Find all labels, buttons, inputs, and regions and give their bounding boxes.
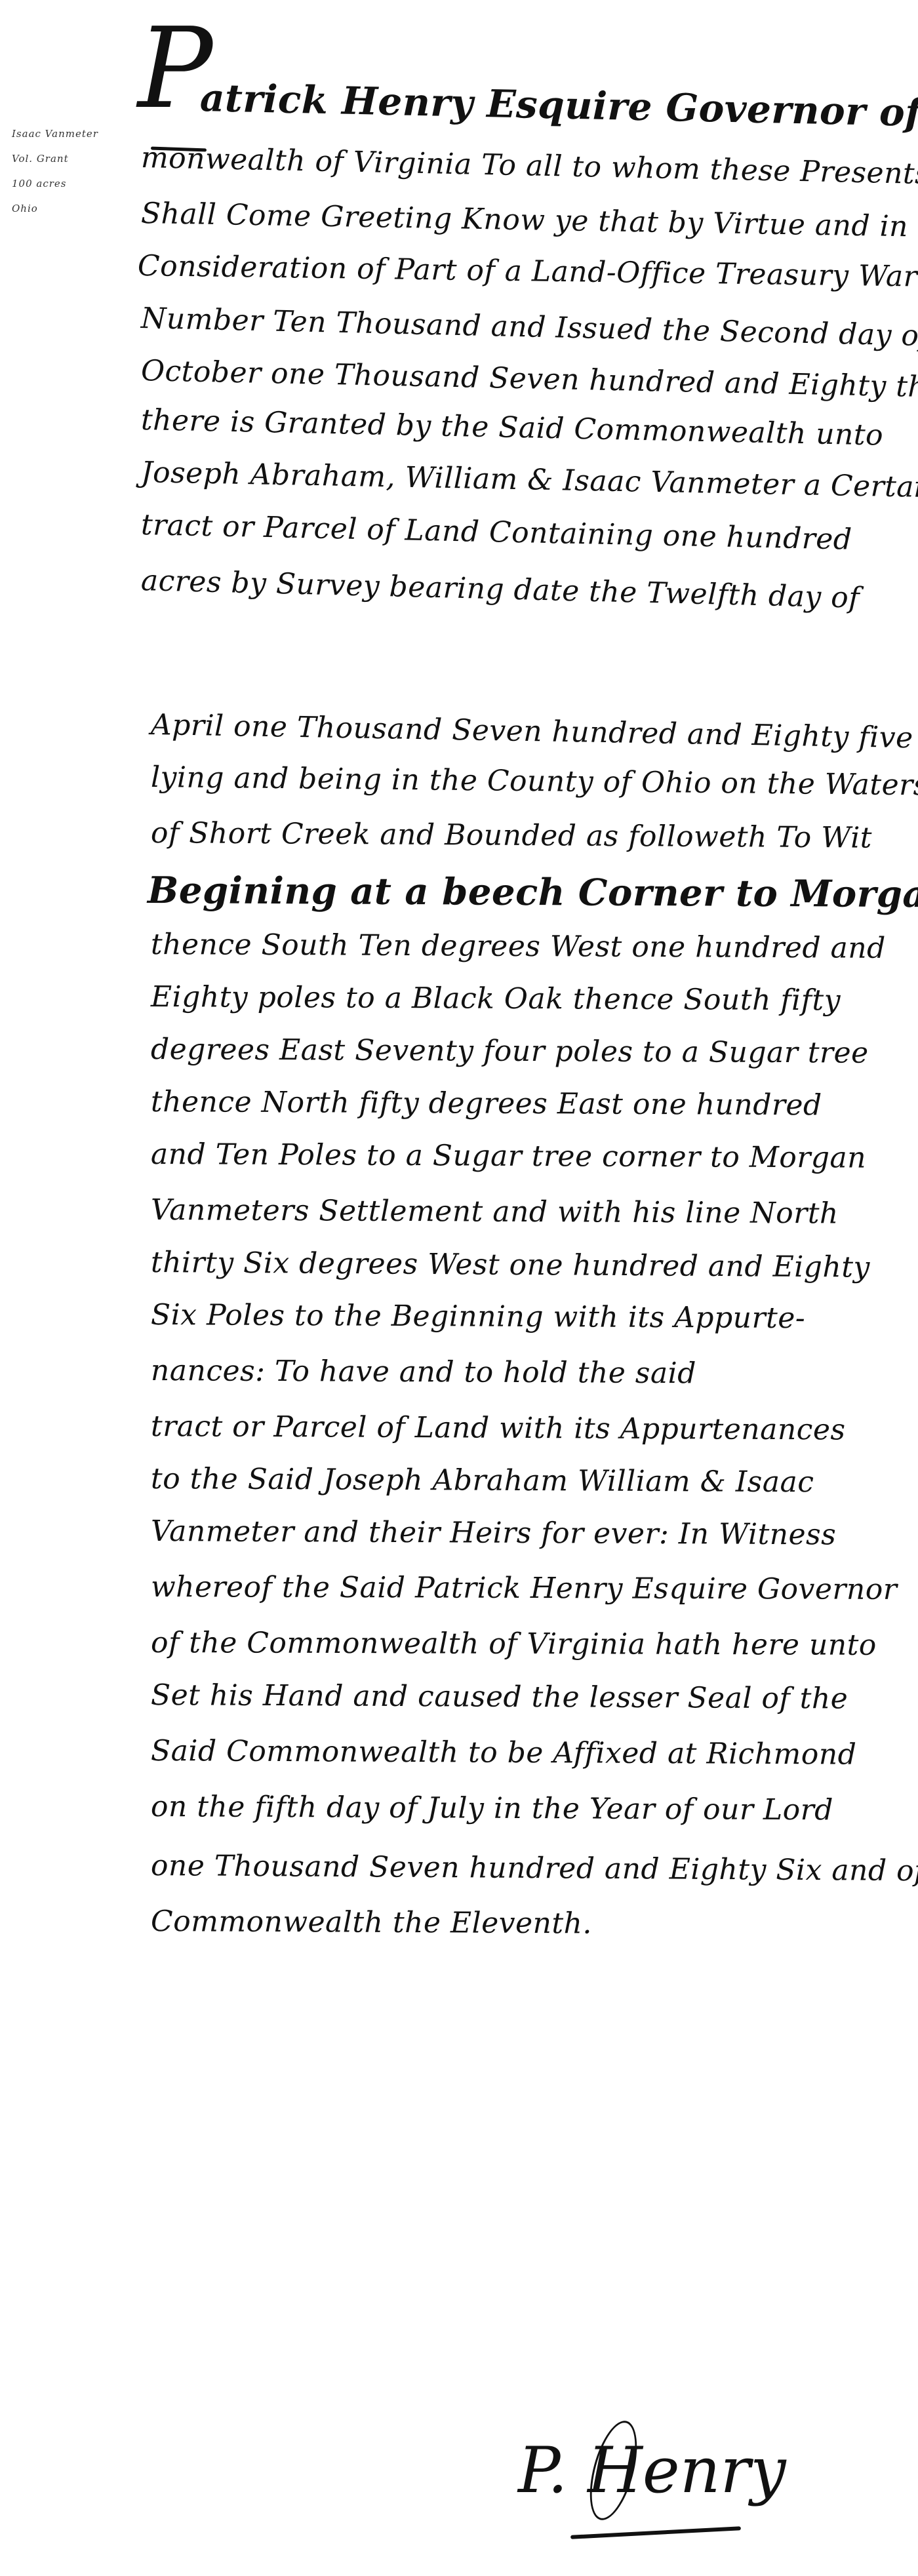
text-line: one Thousand Seven hundred and Eighty Si…	[151, 1849, 918, 1888]
text-line: lying and being in the County of Ohio on…	[151, 761, 918, 802]
text-line: and Ten Poles to a Sugar tree corner to …	[151, 1138, 866, 1175]
document-page: Isaac Vanmeter Vol. Grant 100 acres Ohio…	[0, 0, 918, 2576]
text-line: October one Thousand Seven hundred and E…	[140, 354, 918, 405]
text-line: Set his Hand and caused the lesser Seal …	[151, 1678, 848, 1716]
text-line: whereof the Said Patrick Henry Esquire G…	[151, 1570, 898, 1606]
text-line: Vanmeter and their Heirs for ever: In Wi…	[151, 1515, 837, 1551]
margin-note-line: Vol. Grant	[12, 146, 110, 171]
margin-note-line: Isaac Vanmeter	[12, 121, 110, 146]
text-line: thence South Ten degrees West one hundre…	[151, 928, 886, 965]
text-line: nances: To have and to hold the said	[151, 1354, 696, 1390]
text-line: tract or Parcel of Land with its Appurte…	[151, 1410, 846, 1447]
text-line: there is Granted by the Said Commonwealt…	[140, 403, 883, 452]
text-line: Number Ten Thousand and Issued the Secon…	[140, 302, 918, 353]
margin-note-line: Ohio	[12, 196, 110, 221]
text-line: on the fifth day of July in the Year of …	[151, 1790, 833, 1827]
text-line: degrees East Seventy four poles to a Sug…	[151, 1033, 869, 1070]
margin-note-line: 100 acres	[12, 171, 110, 196]
text-line: Consideration of Part of a Land-Office T…	[138, 249, 918, 294]
signature-flourish	[570, 2526, 741, 2539]
text-line: thence North fifty degrees East one hund…	[151, 1085, 822, 1122]
text-line: monwealth of Virginia To all to whom the…	[140, 141, 918, 191]
signature: P. Henry	[518, 2439, 786, 2502]
text-line: Commonwealth the Eleventh.	[151, 1905, 592, 1941]
text-line: Six Poles to the Beginning with its Appu…	[151, 1298, 805, 1335]
text-line: to the Said Joseph Abraham William & Isa…	[151, 1462, 814, 1499]
text-line: atrick Henry Esquire Governor of the Com…	[199, 75, 918, 140]
text-line: of the Commonwealth of Virginia hath her…	[151, 1626, 877, 1662]
text-line: Eighty poles to a Black Oak thence South…	[151, 980, 841, 1018]
margin-note: Isaac Vanmeter Vol. Grant 100 acres Ohio	[12, 121, 110, 221]
text-line: of Short Creek and Bounded as followeth …	[151, 816, 872, 855]
text-line: acres by Survey bearing date the Twelfth…	[140, 564, 860, 615]
text-line: Said Commonwealth to be Affixed at Richm…	[151, 1734, 857, 1772]
text-line: Shall Come Greeting Know ye that by Virt…	[141, 197, 909, 243]
text-line: April one Thousand Seven hundred and Eig…	[151, 708, 913, 755]
text-line: Joseph Abraham, William & Isaac Vanmeter…	[141, 456, 918, 504]
text-line: Begining at a beech Corner to Morgan Van…	[148, 869, 918, 917]
text-line: Vanmeters Settlement and with his line N…	[151, 1193, 839, 1230]
text-line: thirty Six degrees West one hundred and …	[151, 1246, 870, 1284]
text-line: tract or Parcel of Land Containing one h…	[140, 508, 852, 557]
